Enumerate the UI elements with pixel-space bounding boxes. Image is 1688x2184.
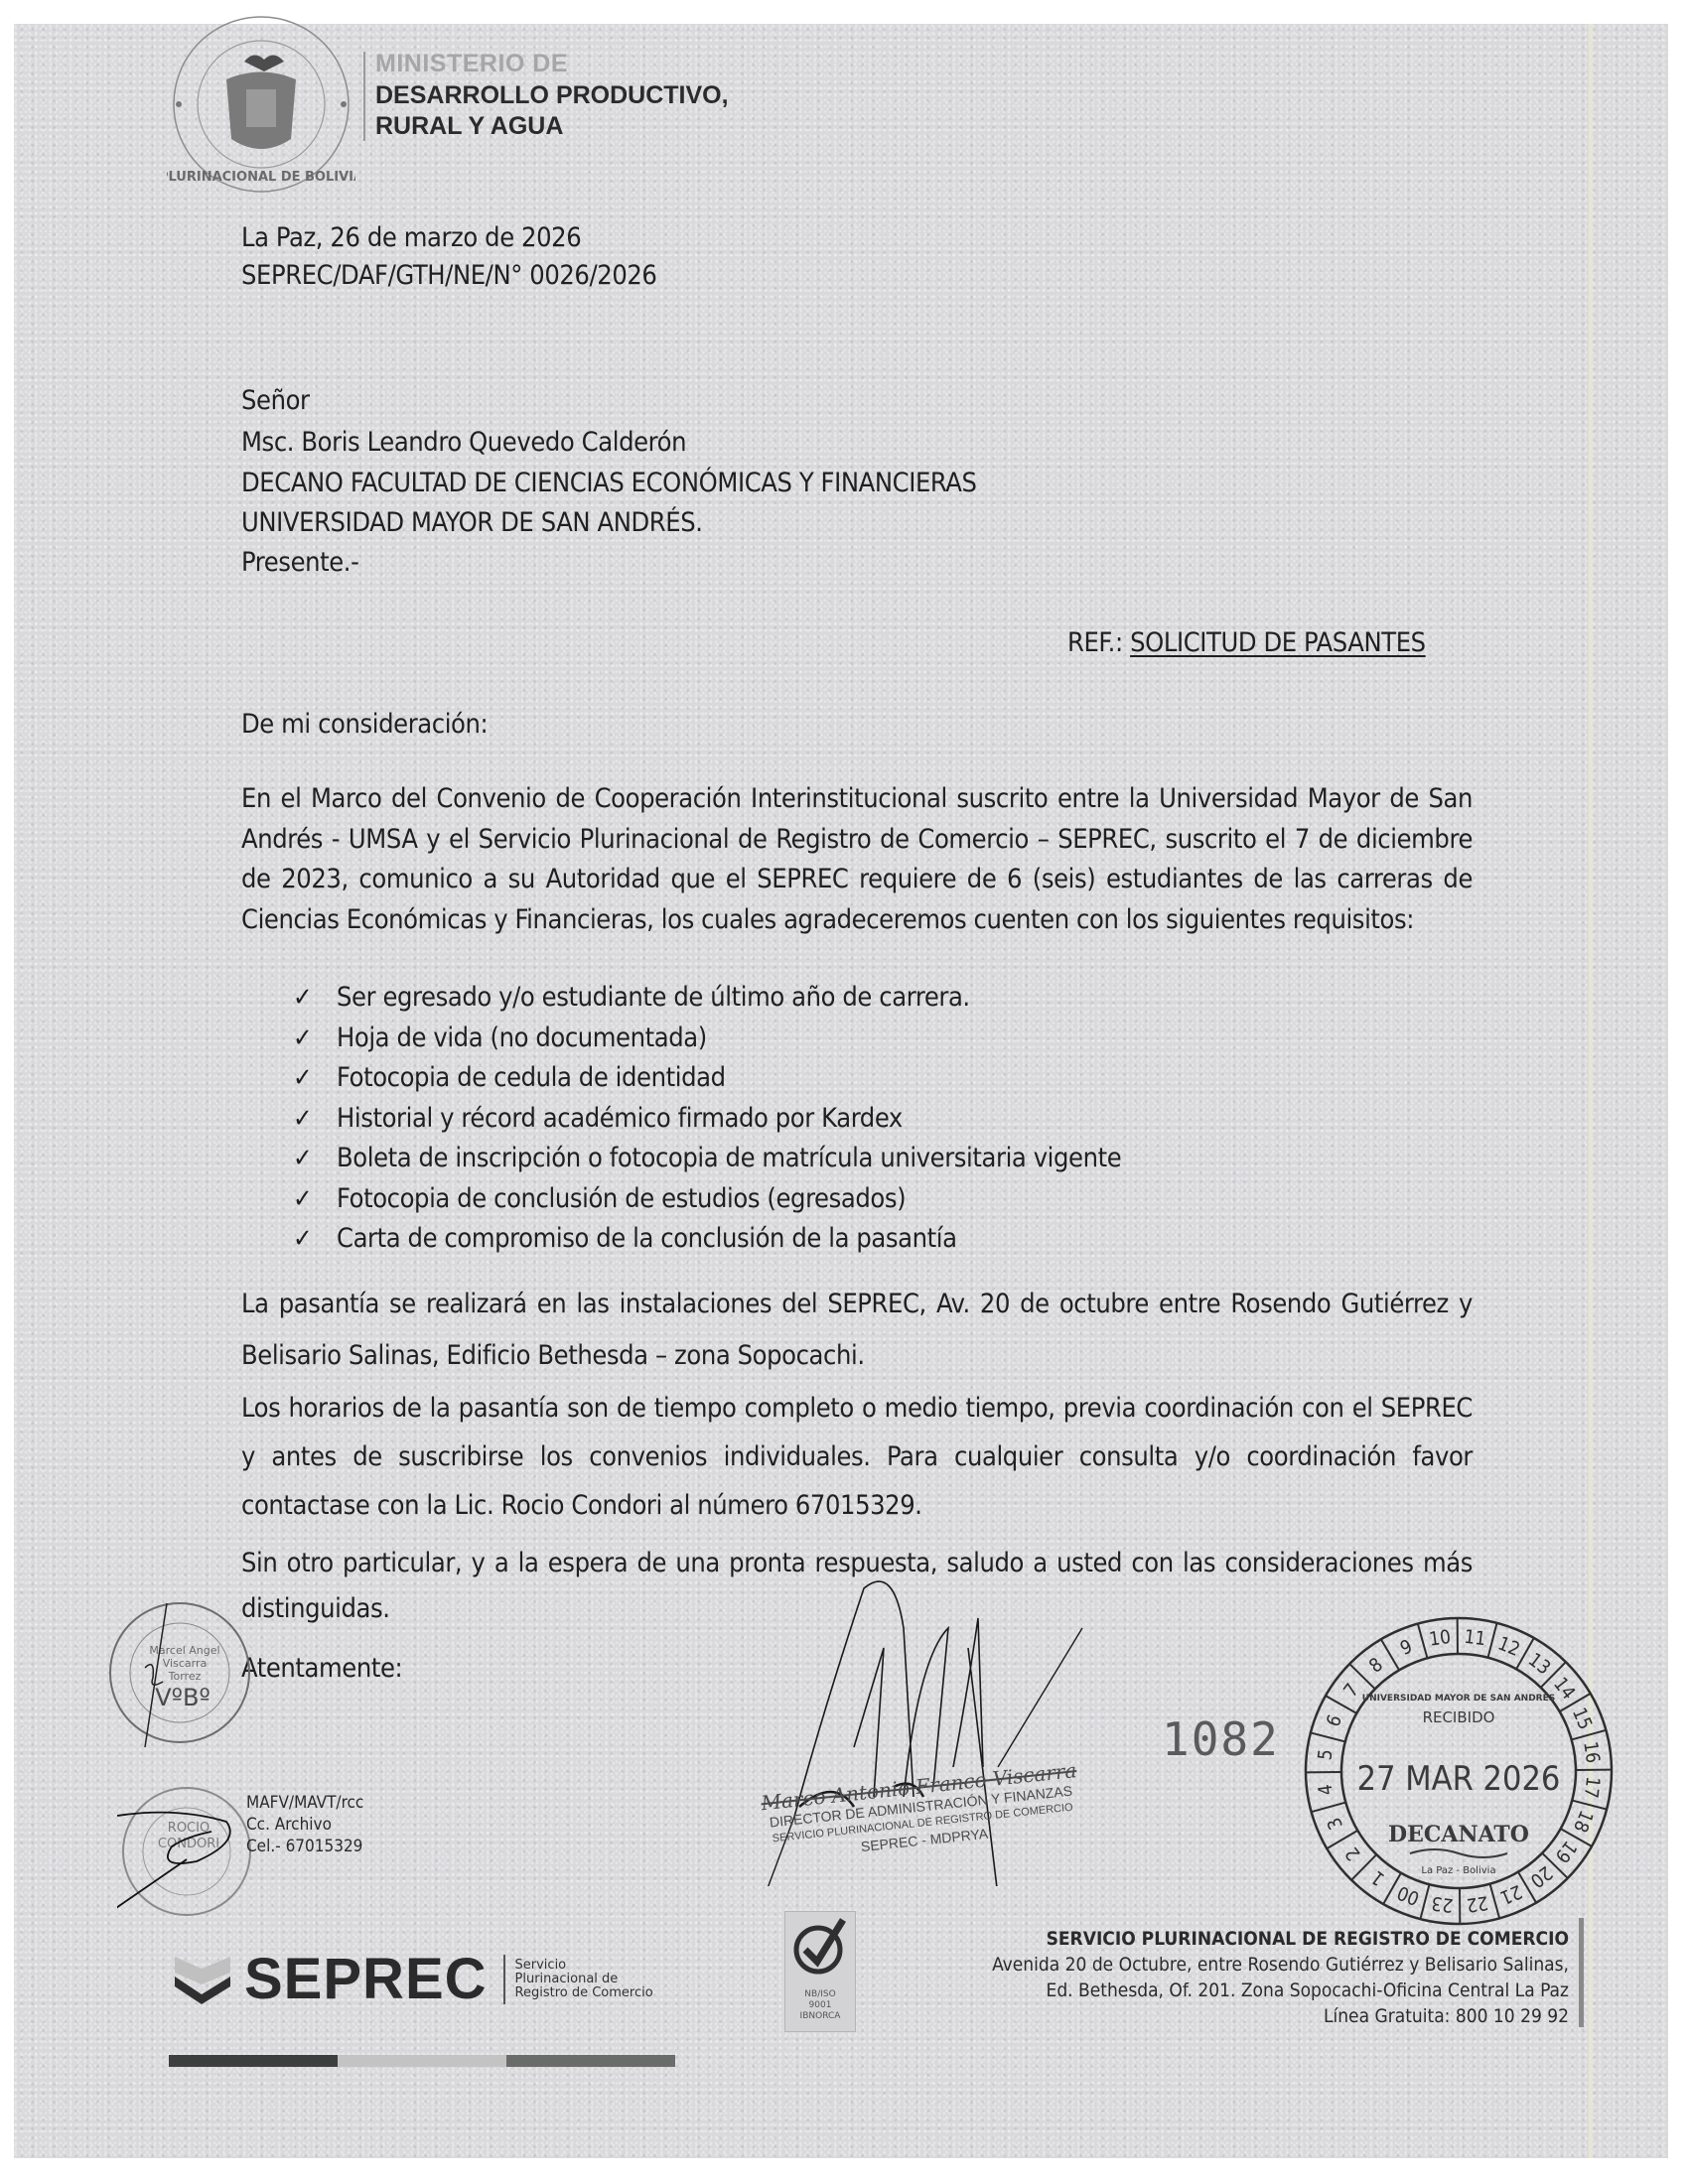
ministry-name-line3: RURAL Y AGUA xyxy=(375,112,563,141)
requirement-text: Fotocopia de cedula de identidad xyxy=(337,1062,726,1093)
notes-block: MAFV/MAVT/rcc Cc. Archivo Cel.- 67015329 xyxy=(246,1792,363,1857)
requirement-text: Fotocopia de conclusión de estudios (egr… xyxy=(337,1183,906,1214)
iso-line1: NB/ISO xyxy=(785,1989,855,2000)
note-cc: Cc. Archivo xyxy=(246,1814,363,1836)
received-stamp-hour: 8 xyxy=(1365,1654,1387,1678)
paragraph-convenio: En el Marco del Convenio de Cooperación … xyxy=(241,779,1473,940)
initials-stamp-rocio: ROCIO CONDORI xyxy=(117,1782,256,1921)
requirement-item: ✓Historial y récord académico firmado po… xyxy=(293,1099,1121,1140)
received-stamp-hour: 6 xyxy=(1323,1711,1346,1729)
received-stamp-hour: 17 xyxy=(1580,1775,1604,1799)
received-stamp-hour: 19 xyxy=(1550,1837,1581,1867)
recipient-name: Msc. Boris Leandro Quevedo Calderón xyxy=(241,427,686,458)
paragraph-schedule: Los horarios de la pasantía son de tiemp… xyxy=(241,1384,1473,1530)
vb-stamp-name2: Viscarra xyxy=(163,1657,207,1670)
received-stamp-university: UNIVERSIDAD MAYOR DE SAN ANDRÉS xyxy=(1362,1692,1555,1704)
received-date-stamp: 001234567891011121314151617181920212223 … xyxy=(1301,1613,1617,1929)
ministry-name-line2: DESARROLLO PRODUCTIVO, xyxy=(375,81,729,110)
logo-sub-line2: Plurinacional de xyxy=(515,1973,653,1986)
received-stamp-hour: 23 xyxy=(1430,1892,1454,1916)
requirement-text: Historial y récord académico firmado por… xyxy=(337,1103,903,1134)
requirement-item: ✓Hoja de vida (no documentada) xyxy=(293,1019,1121,1059)
checkmark-icon: ✓ xyxy=(293,1179,337,1220)
logo-sub-line1: Servicio xyxy=(515,1959,653,1973)
iso-line3: IBNORCA xyxy=(785,2011,855,2022)
bolivia-state-seal: PLURINACIONAL DE BOLIVIA xyxy=(167,10,355,199)
checkmark-icon: ✓ xyxy=(293,1058,337,1099)
footer-org-name: SERVICIO PLURINACIONAL DE REGISTRO DE CO… xyxy=(874,1926,1569,1952)
received-stamp-hour: 00 xyxy=(1394,1881,1422,1910)
received-stamp-hour: 9 xyxy=(1397,1635,1416,1660)
seprec-wordmark: SEPREC xyxy=(244,1946,488,2012)
reference-code: SEPREC/DAF/GTH/NE/N° 0026/2026 xyxy=(241,260,656,291)
footer-bar-light xyxy=(338,2055,506,2067)
footer-bar-dark xyxy=(169,2055,338,2067)
received-stamp-city: La Paz - Bolivia xyxy=(1421,1865,1495,1876)
received-stamp-hour: 20 xyxy=(1526,1861,1557,1892)
footer-address-line2: Ed. Bethesda, Of. 201. Zona Sopocachi-Of… xyxy=(874,1978,1569,2003)
place-date: La Paz, 26 de marzo de 2026 xyxy=(241,222,581,253)
seprec-logo-subtitle: Servicio Plurinacional de Registro de Co… xyxy=(515,1959,653,2000)
recipient-title: DECANO FACULTAD DE CIENCIAS ECONÓMICAS Y… xyxy=(241,468,977,498)
reference-line: REF.: SOLICITUD DE PASANTES xyxy=(1067,627,1426,658)
received-stamp-hour: 5 xyxy=(1314,1748,1336,1761)
received-stamp-hour: 16 xyxy=(1579,1740,1604,1765)
received-stamp-hour: 3 xyxy=(1323,1814,1347,1833)
seprec-check-icon xyxy=(167,1955,236,2004)
received-stamp-hour: 22 xyxy=(1465,1891,1489,1916)
logo-sub-line3: Registro de Comercio xyxy=(515,1986,653,2000)
iso-line2: 9001 xyxy=(785,2000,855,2011)
recipient-salutation: Señor xyxy=(241,385,310,416)
requirement-item: ✓Carta de compromiso de la conclusión de… xyxy=(293,1219,1121,1260)
checkmark-icon: ✓ xyxy=(293,1219,337,1260)
approval-stamp-vb: Marcel Angel Viscarra Torrez VºBº xyxy=(105,1598,254,1747)
paragraph-location: La pasantía se realizará en las instalac… xyxy=(241,1279,1473,1382)
checkmark-icon: ✓ xyxy=(293,1139,337,1179)
ministry-name-line1: MINISTERIO DE xyxy=(375,50,568,78)
requirement-text: Hoja de vida (no documentada) xyxy=(337,1023,707,1053)
closing-word: Atentamente: xyxy=(241,1653,402,1684)
received-stamp-status: RECIBIDO xyxy=(1423,1708,1495,1726)
header-divider xyxy=(363,52,365,141)
received-stamp-hour: 2 xyxy=(1341,1843,1365,1864)
received-stamp-hour: 10 xyxy=(1428,1626,1453,1651)
seprec-logo-divider xyxy=(503,1955,505,2004)
checkmark-icon: ✓ xyxy=(293,978,337,1019)
greeting: De mi consideración: xyxy=(241,709,488,740)
ref-subject: SOLICITUD DE PASANTES xyxy=(1130,627,1426,658)
footer-contact-info: SERVICIO PLURINACIONAL DE REGISTRO DE CO… xyxy=(874,1926,1569,2029)
ref-label: REF.: xyxy=(1067,627,1123,658)
note-initials: MAFV/MAVT/rcc xyxy=(246,1792,363,1814)
received-stamp-hour: 11 xyxy=(1463,1626,1486,1650)
iso-certification-badge: NB/ISO 9001 IBNORCA xyxy=(784,1911,856,2032)
received-stamp-hour: 1 xyxy=(1367,1866,1389,1890)
registry-number: 1082 xyxy=(1162,1712,1280,1766)
iso-check-icon xyxy=(785,1912,855,1981)
checkmark-icon: ✓ xyxy=(293,1019,337,1059)
footer-bar-mid xyxy=(506,2055,675,2067)
vb-stamp-name3: Torrez xyxy=(168,1670,202,1683)
requirements-list: ✓Ser egresado y/o estudiante de último a… xyxy=(293,978,1121,1260)
received-stamp-hour: 4 xyxy=(1315,1783,1337,1797)
received-stamp-hour: 18 xyxy=(1569,1807,1598,1835)
requirement-item: ✓Ser egresado y/o estudiante de último a… xyxy=(293,978,1121,1019)
requirement-text: Ser egresado y/o estudiante de último añ… xyxy=(337,982,970,1013)
footer-vertical-rule xyxy=(1579,1918,1584,2027)
vb-stamp-mark: VºBº xyxy=(155,1684,211,1711)
received-stamp-date: 27 MAR 2026 xyxy=(1357,1759,1561,1799)
requirement-item: ✓Fotocopia de cedula de identidad xyxy=(293,1058,1121,1099)
checkmark-icon: ✓ xyxy=(293,1099,337,1140)
received-stamp-hour: 7 xyxy=(1339,1680,1363,1702)
seal-bottom-text: PLURINACIONAL DE BOLIVIA xyxy=(167,170,355,185)
received-stamp-hour: 21 xyxy=(1496,1880,1525,1909)
seprec-logo: SEPREC Servicio Plurinacional de Registr… xyxy=(167,1946,653,2012)
footer-phone: Línea Gratuita: 800 10 29 92 xyxy=(874,2003,1569,2029)
received-stamp-hour: 12 xyxy=(1494,1633,1522,1662)
received-stamp-office: DECANATO xyxy=(1388,1822,1529,1847)
note-phone: Cel.- 67015329 xyxy=(246,1836,363,1857)
requirement-text: Carta de compromiso de la conclusión de … xyxy=(337,1223,957,1254)
recipient-institution: UNIVERSIDAD MAYOR DE SAN ANDRÉS. xyxy=(241,507,703,538)
recipient-presente: Presente.- xyxy=(241,547,358,578)
received-stamp-hour: 15 xyxy=(1568,1705,1597,1733)
requirement-item: ✓Boleta de inscripción o fotocopia de ma… xyxy=(293,1139,1121,1179)
footer-address-line1: Avenida 20 de Octubre, entre Rosendo Gut… xyxy=(874,1952,1569,1978)
requirement-item: ✓Fotocopia de conclusión de estudios (eg… xyxy=(293,1179,1121,1220)
requirement-text: Boleta de inscripción o fotocopia de mat… xyxy=(337,1143,1121,1173)
received-stamp-hour: 13 xyxy=(1524,1649,1555,1680)
